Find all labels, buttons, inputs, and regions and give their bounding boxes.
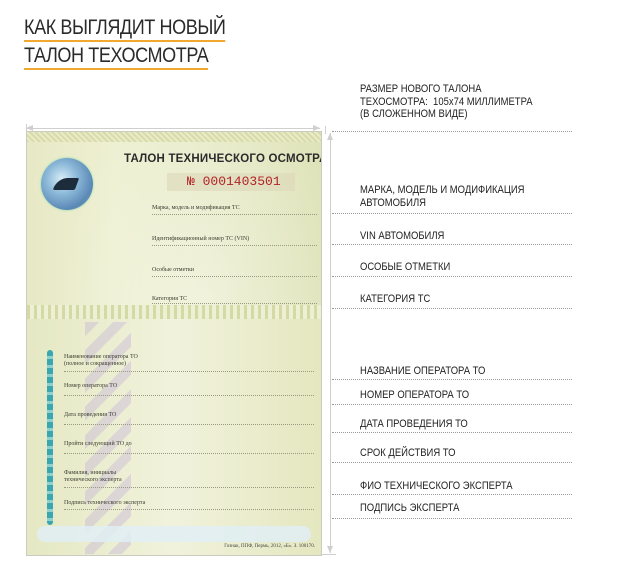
leader-line — [332, 404, 572, 405]
annotation-make-model: МАРКА, МОДЕЛЬ И МОДИФИКАЦИЯ АВТОМОБИЛЯ — [360, 184, 524, 209]
dimension-tick — [325, 126, 326, 134]
security-thread — [47, 350, 53, 525]
page-title-line-1: КАК ВЫГЛЯДИТ НОВЫЙ — [24, 16, 225, 40]
dimension-tick — [320, 554, 336, 555]
height-dimension-arrow — [330, 133, 331, 553]
field-line — [64, 509, 314, 510]
field-label-inspection-date: Дата проведения ТО — [64, 412, 116, 419]
leader-line — [332, 494, 572, 495]
field-label-special-notes: Особые отметки — [152, 267, 194, 274]
field-label-expert-name: Фамилия, инициалы технического эксперта — [64, 470, 122, 484]
field-line — [152, 245, 317, 246]
annotation-validity: СРОК ДЕЙСТВИЯ ТО — [360, 447, 456, 460]
field-line — [152, 303, 317, 304]
leader-line — [332, 308, 572, 309]
field-line — [152, 276, 317, 277]
annotation-operator-name: НАЗВАНИЕ ОПЕРАТОРА ТО — [360, 365, 485, 378]
leader-line — [332, 432, 572, 433]
field-label-operator-number: Номер оператора ТО — [64, 383, 117, 390]
leader-line — [332, 213, 572, 214]
field-line — [152, 214, 317, 215]
annotation-expert-name: ФИО ТЕХНИЧЕСКОГО ЭКСПЕРТА — [360, 480, 513, 493]
leader-line — [332, 276, 572, 277]
annotation-special-notes: ОСОБЫЕ ОТМЕТКИ — [360, 261, 450, 274]
hologram-seal-icon — [41, 158, 93, 210]
coupon-title: ТАЛОН ТЕХНИЧЕСКОГО ОСМОТРА — [124, 153, 322, 165]
annotation-vin: VIN АВТОМОБИЛЯ — [360, 230, 444, 243]
field-label-expert-signature: Подпись технического эксперта — [64, 500, 145, 507]
field-line — [64, 453, 314, 454]
leader-line — [332, 131, 572, 132]
field-line — [64, 487, 314, 488]
width-dimension-arrow — [26, 128, 320, 129]
leader-line — [332, 244, 572, 245]
annotation-category: КАТЕГОРИЯ ТС — [360, 293, 430, 306]
logo-mark — [53, 178, 79, 190]
annotation-expert-signature: ПОДПИСЬ ЭКСПЕРТА — [360, 502, 459, 515]
field-line — [64, 424, 314, 425]
field-label-make-model: Марка, модель и модификация ТС — [152, 205, 240, 212]
inspection-coupon-image: ТАЛОН ТЕХНИЧЕСКОГО ОСМОТРА № 0001403501 … — [26, 131, 322, 556]
page-title-line-2: ТАЛОН ТЕХОСМОТРА — [24, 44, 208, 68]
security-pattern-strip — [27, 305, 321, 319]
leader-line — [332, 379, 572, 380]
footer-band — [37, 526, 311, 542]
field-label-next-inspection: Пройти следующий ТО до — [64, 441, 132, 448]
annotation-size: РАЗМЕР НОВОГО ТАЛОНА ТЕХОСМОТРА: 105x74 … — [360, 83, 533, 121]
annotation-operator-number: НОМЕР ОПЕРАТОРА ТО — [360, 389, 469, 402]
field-line — [64, 371, 314, 372]
leader-line — [332, 518, 572, 519]
security-pattern-strip — [27, 132, 321, 142]
annotation-inspection-date: ДАТА ПРОВЕДЕНИЯ ТО — [360, 418, 468, 431]
field-label-operator-name: Наименование оператора ТО (полное и сокр… — [64, 354, 138, 368]
field-label-vin: Идентификационный номер ТС (VIN) — [152, 236, 249, 243]
serial-number: № 0001403501 — [187, 174, 281, 189]
printer-imprint: Гознак, ППФ, Пермь, 2012, «Б». З. 100170… — [224, 544, 315, 549]
field-label-category: Категория ТС — [152, 296, 187, 303]
field-line — [64, 395, 314, 396]
leader-line — [332, 462, 572, 463]
